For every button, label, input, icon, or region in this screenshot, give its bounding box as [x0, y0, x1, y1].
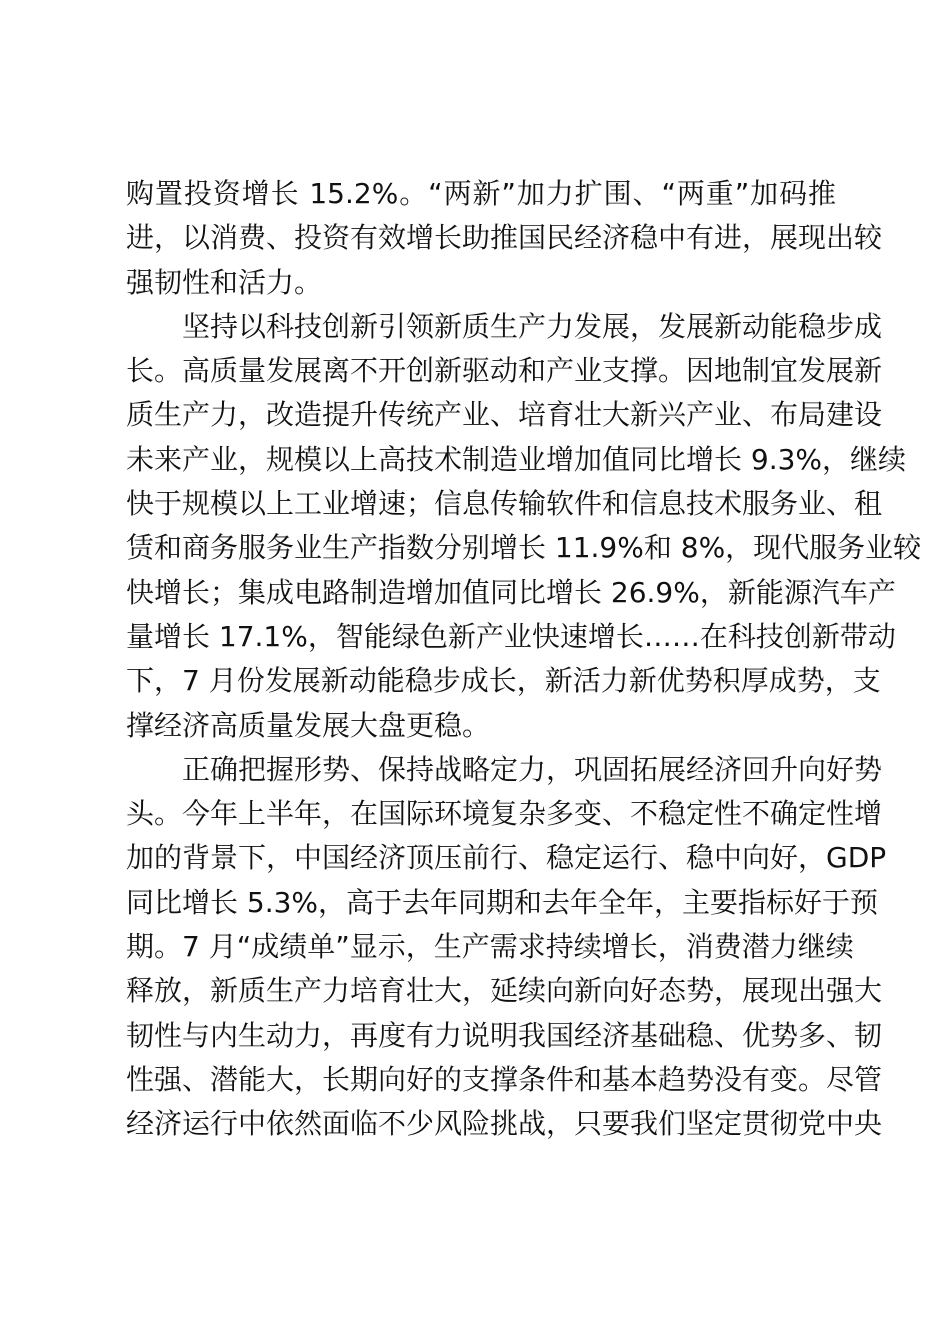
text-line: 韧性与内生动力，再度有力说明我国经济基础稳、优势多、韧	[126, 1014, 836, 1058]
text-line: 量增长 17.1%，智能绿色新产业快速增长……在科技创新带动	[126, 615, 836, 659]
text-line: 坚持以科技创新引领新质生产力发展，发展新动能稳步成	[126, 305, 836, 349]
paragraph-1: 购置投资增长 15.2%。“两新”加力扩围、“两重”加码推 进，以消费、投资有效…	[126, 172, 836, 305]
text-line: 性强、潜能大，长期向好的支撑条件和基本趋势没有变。尽管	[126, 1058, 836, 1102]
paragraph-2: 坚持以科技创新引领新质生产力发展，发展新动能稳步成 长。高质量发展离不开创新驱动…	[126, 305, 836, 748]
text-line: 快于规模以上工业增速；信息传输软件和信息技术服务业、租	[126, 482, 836, 526]
text-line: 长。高质量发展离不开创新驱动和产业支撑。因地制宜发展新	[126, 349, 836, 393]
text-line: 强韧性和活力。	[126, 261, 836, 305]
paragraph-3: 正确把握形势、保持战略定力，巩固拓展经济回升向好势 头。今年上半年，在国际环境复…	[126, 748, 836, 1147]
text-line: 同比增长 5.3%，高于去年同期和去年全年，主要指标好于预	[126, 881, 836, 925]
text-line: 进，以消费、投资有效增长助推国民经济稳中有进，展现出较	[126, 216, 836, 260]
text-line: 头。今年上半年，在国际环境复杂多变、不稳定性不确定性增	[126, 792, 836, 836]
text-line: 质生产力，改造提升传统产业、培育壮大新兴产业、布局建设	[126, 393, 836, 437]
text-line: 撑经济高质量发展大盘更稳。	[126, 704, 836, 748]
text-line: 释放，新质生产力培育壮大，延续向新向好态势，展现出强大	[126, 969, 836, 1013]
text-line: 未来产业，规模以上高技术制造业增加值同比增长 9.3%，继续	[126, 438, 836, 482]
text-line: 加的背景下，中国经济顶压前行、稳定运行、稳中向好，GDP	[126, 836, 836, 880]
text-line: 快增长；集成电路制造增加值同比增长 26.9%，新能源汽车产	[126, 571, 836, 615]
text-line: 赁和商务服务业生产指数分别增长 11.9%和 8%，现代服务业较	[126, 526, 836, 570]
text-line: 经济运行中依然面临不少风险挑战，只要我们坚定贯彻党中央	[126, 1102, 836, 1146]
document-page: 购置投资增长 15.2%。“两新”加力扩围、“两重”加码推 进，以消费、投资有效…	[126, 172, 836, 1147]
text-line: 期。7 月“成绩单”显示，生产需求持续增长，消费潜力继续	[126, 925, 836, 969]
text-line: 下，7 月份发展新动能稳步成长，新活力新优势积厚成势，支	[126, 659, 836, 703]
text-line: 购置投资增长 15.2%。“两新”加力扩围、“两重”加码推	[126, 172, 836, 216]
text-line: 正确把握形势、保持战略定力，巩固拓展经济回升向好势	[126, 748, 836, 792]
